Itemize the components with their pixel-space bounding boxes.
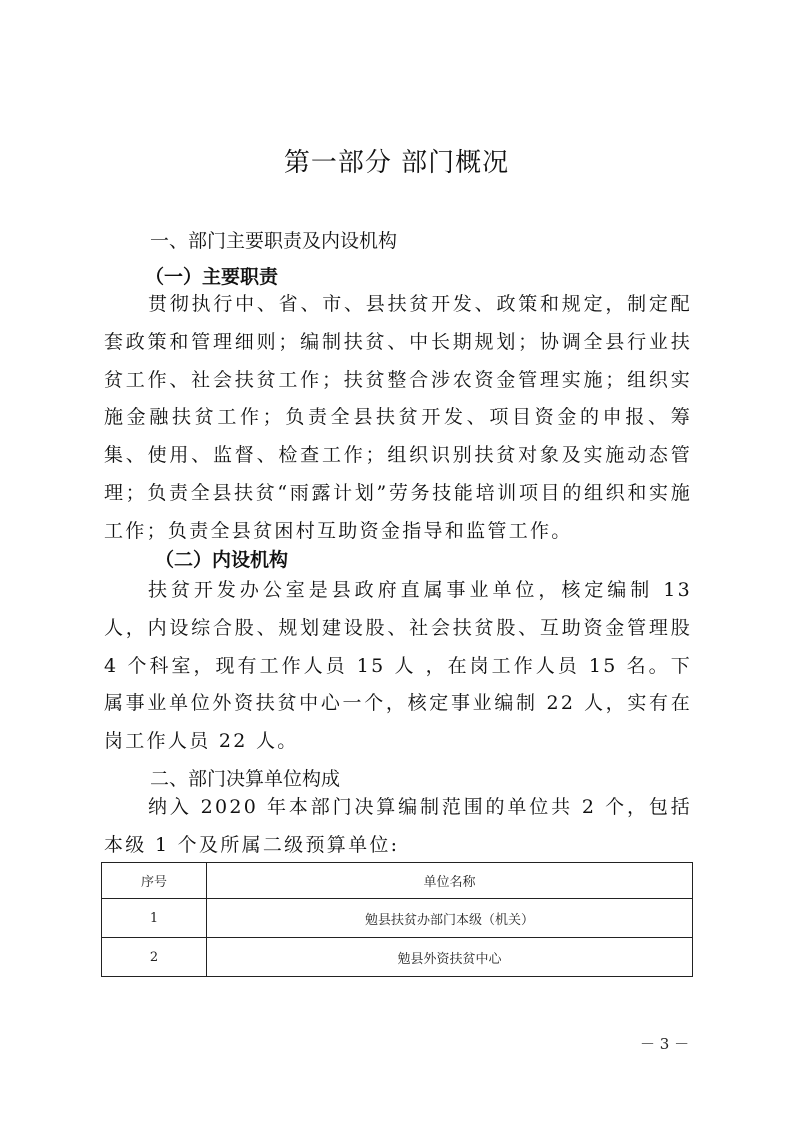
- table-row: 2 勉县外资扶贫中心: [102, 938, 693, 977]
- subsection-heading-main-duties: （一）主要职责: [145, 262, 278, 289]
- table-header-index: 序号: [102, 863, 207, 899]
- section-heading-duties-structure: 一、部门主要职责及内设机构: [150, 226, 397, 253]
- main-duties-paragraph: 贯彻执行中、省、市、县扶贫开发、政策和规定，制定配套政策和管理细则；编制扶贫、中…: [104, 286, 692, 551]
- table-cell-index: 2: [102, 938, 207, 977]
- internal-structure-paragraph: 扶贫开发办公室是县政府直属事业单位，核定编制 13 人，内设综合股、规划建设股、…: [104, 572, 692, 761]
- subsection-heading-internal-structure: （二）内设机构: [155, 545, 288, 572]
- table-cell-index: 1: [102, 899, 207, 938]
- page-number: － 3 －: [640, 1033, 689, 1054]
- page-title: 第一部分 部门概况: [0, 142, 793, 179]
- table-row: 1 勉县扶贫办部门本级（机关）: [102, 899, 693, 938]
- budget-units-table: 序号 单位名称 1 勉县扶贫办部门本级（机关） 2 勉县外资扶贫中心: [101, 862, 693, 977]
- table-header-row: 序号 单位名称: [102, 863, 693, 899]
- budget-units-paragraph: 纳入 2020 年本部门决算编制范围的单位共 2 个，包括本级 1 个及所属二级…: [104, 789, 692, 865]
- section-heading-budget-units: 二、部门决算单位构成: [150, 764, 340, 791]
- table-header-unit-name: 单位名称: [207, 863, 693, 899]
- table-cell-unit-name: 勉县扶贫办部门本级（机关）: [207, 899, 693, 938]
- table-cell-unit-name: 勉县外资扶贫中心: [207, 938, 693, 977]
